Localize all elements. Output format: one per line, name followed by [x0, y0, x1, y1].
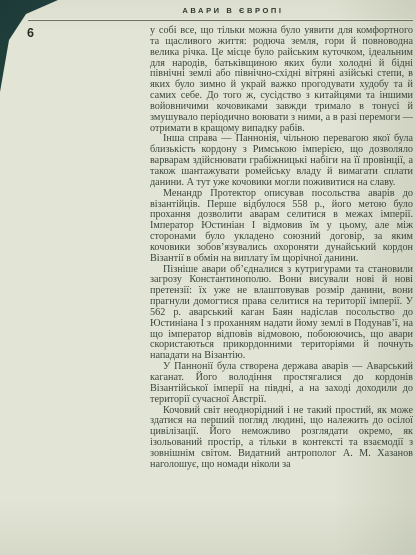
- book-page: АВАРИ В ЄВРОПІ 6 у собі все, що тільки м…: [0, 0, 416, 555]
- text-column: у собі все, що тільки можна було уявити …: [150, 26, 413, 471]
- paragraph: Кочовий світ неоднорідний і не такий про…: [150, 406, 413, 471]
- header-rule: [28, 20, 413, 21]
- paragraph: Пізніше авари об’єдналися з кутригурами …: [150, 265, 413, 363]
- page-number: 6: [27, 26, 34, 40]
- paragraph: Інша справа — Паннонія, чільною переваго…: [150, 134, 413, 188]
- paragraph: У Паннонії була створена держава аварів …: [150, 362, 413, 405]
- running-header-title: АВАРИ В ЄВРОПІ: [60, 6, 406, 15]
- paragraph: у собі все, що тільки можна було уявити …: [150, 26, 413, 134]
- paragraph: Менандр Протектор описував посольства ав…: [150, 189, 413, 265]
- photo-background-corner: [0, 0, 120, 110]
